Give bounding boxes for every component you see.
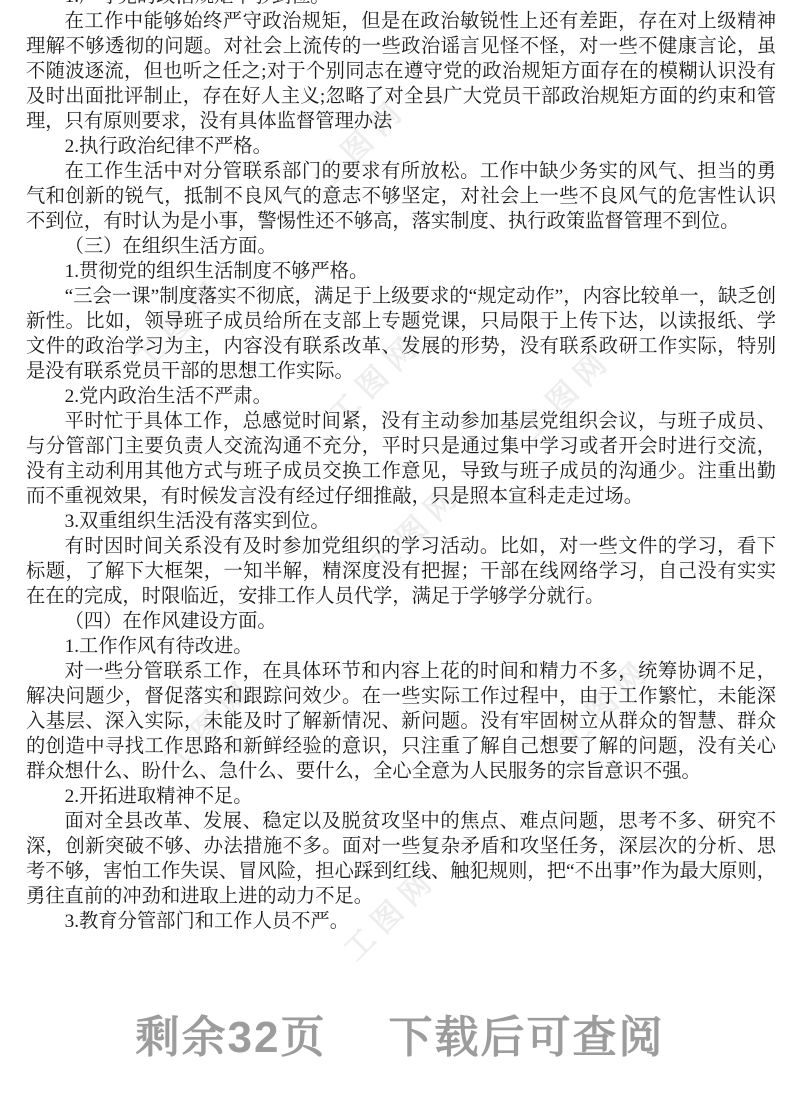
paragraph: 有时因时间关系没有及时参加党组织的学习活动。比如，对一些文件的学习，看下标题，了… [26,534,776,609]
paragraph: 2.执行政治纪律不严格。 [26,134,776,159]
remaining-pages-label: 剩余32页 [136,1013,327,1062]
footer-banner: 剩余32页下载后可查阅 [0,1012,800,1064]
paragraph: 1.工作作风有待改进。 [26,634,776,659]
document-page: 工图网 工图网 工图网 工图网 工图网 工图网 工图网 工图网 1.严守党的政治… [0,0,800,1115]
clipped-heading-text: 1.严守党的政治规矩不够到位。 [26,0,776,9]
paragraph-list: 在工作中能够始终严守政治规矩，但是在政治敏锐性上还有差距，存在对上级精神理解不够… [26,9,776,934]
document-body: 1.严守党的政治规矩不够到位。 在工作中能够始终严守政治规矩，但是在政治敏锐性上… [26,0,776,934]
paragraph: 面对全县改革、发展、稳定以及脱贫攻坚中的焦点、难点问题，思考不多、研究不深，创新… [26,809,776,909]
paragraph: 1.贯彻党的组织生活制度不够严格。 [26,259,776,284]
paragraph: （四）在作风建设方面。 [26,609,776,634]
paragraph: 对一些分管联系工作，在具体环节和内容上花的时间和精力不多，统筹协调不足，解决问题… [26,659,776,784]
paragraph: 在工作生活中对分管联系部门的要求有所放松。工作中缺少务实的风气、担当的勇气和创新… [26,159,776,234]
clipped-heading-line: 1.严守党的政治规矩不够到位。 [26,0,776,9]
download-hint-label: 下载后可查阅 [388,1013,664,1062]
paragraph: “三会一课”制度落实不彻底，满足于上级要求的“规定动作”，内容比较单一，缺乏创新… [26,284,776,384]
paragraph: 在工作中能够始终严守政治规矩，但是在政治敏锐性上还有差距，存在对上级精神理解不够… [26,9,776,134]
paragraph: 2.党内政治生活不严肃。 [26,384,776,409]
paragraph: 3.双重组织生活没有落实到位。 [26,509,776,534]
paragraph: 2.开拓进取精神不足。 [26,784,776,809]
paragraph: 3.教育分管部门和工作人员不严。 [26,909,776,934]
paragraph: 平时忙于具体工作，总感觉时间紧，没有主动参加基层党组织会议，与班子成员、与分管部… [26,409,776,509]
paragraph: （三）在组织生活方面。 [26,234,776,259]
